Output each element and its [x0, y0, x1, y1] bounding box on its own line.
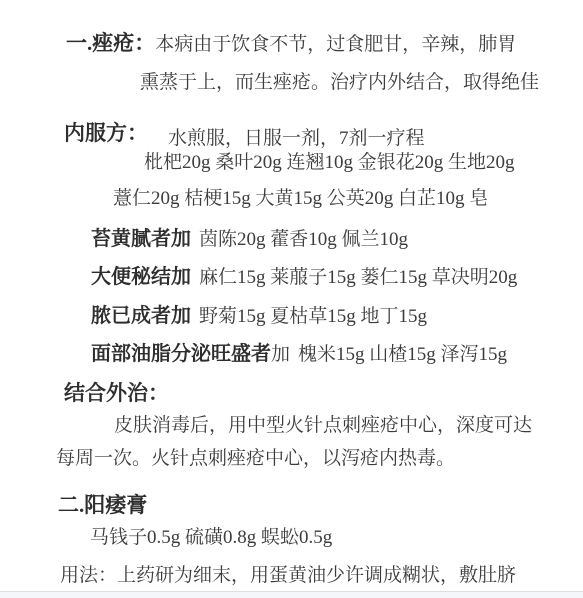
external-treatment-line1: 皮肤消毒后，用中型火针点刺痤疮中心，深度可达	[114, 414, 532, 438]
modification-label: 脓已成者加	[91, 305, 191, 327]
external-treatment-line2: 每周一次。火针点刺痤疮中心，以泻疮内热毒。	[56, 447, 455, 471]
modification-suffix: 加	[271, 344, 290, 365]
modification-row: 面部油脂分泌旺盛者加槐米15g 山楂15g 泽泻15g	[91, 342, 507, 367]
internal-method-instruction: 水煎服，日服一剂，7剂一疗程	[168, 127, 425, 151]
section2-herbs: 马钱子0.5g 硫磺0.8g 蜈蚣0.5g	[90, 526, 332, 550]
modification-row: 苔黄腻者加茵陈20g 藿香10g 佩兰10g	[91, 227, 408, 252]
modification-herbs: 麻仁15g 莱菔子15g 蒌仁15g 草决明20g	[199, 267, 517, 288]
internal-herbs-line1: 枇杷20g 桑叶20g 连翘10g 金银花20g 生地20g	[144, 151, 515, 175]
modification-herbs: 槐米15g 山楂15g 泽泻15g	[298, 344, 507, 365]
external-treatment-label: 结合外治：	[64, 380, 169, 407]
section1-desc-line1: 本病由于饮食不节，过食肥甘，辛辣，肺胃	[155, 34, 516, 55]
section2-usage: 用法：上药研为细末，用蛋黄油少许调成糊状，敷肚脐	[60, 564, 516, 588]
internal-method-label: 内服方：	[64, 120, 148, 147]
document-page: 一.痤疮：本病由于饮食不节，过食肥甘，辛辣，肺胃 熏蒸于上，而生痤疮。治疗内外结…	[0, 0, 583, 598]
modification-label: 苔黄腻者加	[91, 228, 191, 250]
modification-row: 大便秘结加麻仁15g 莱菔子15g 蒌仁15g 草决明20g	[91, 265, 517, 290]
bottom-bar	[0, 591, 583, 598]
section1-title: 一.痤疮：	[66, 31, 155, 55]
modification-row: 脓已成者加野菊15g 夏枯草15g 地丁15g	[91, 304, 427, 329]
modification-herbs: 茵陈20g 藿香10g 佩兰10g	[199, 229, 408, 250]
modification-herbs: 野菊15g 夏枯草15g 地丁15g	[199, 306, 427, 327]
internal-herbs-line2: 薏仁20g 桔梗15g 大黄15g 公英20g 白芷10g 皂	[113, 187, 488, 211]
section1-heading-line: 一.痤疮：本病由于饮食不节，过食肥甘，辛辣，肺胃	[66, 30, 516, 57]
section2-title: 二.阳痿膏	[58, 492, 147, 519]
modification-label: 面部油脂分泌旺盛者	[91, 343, 271, 365]
modification-label: 大便秘结加	[91, 266, 191, 288]
section1-desc-line2: 熏蒸于上，而生痤疮。治疗内外结合，取得绝佳	[140, 71, 539, 95]
